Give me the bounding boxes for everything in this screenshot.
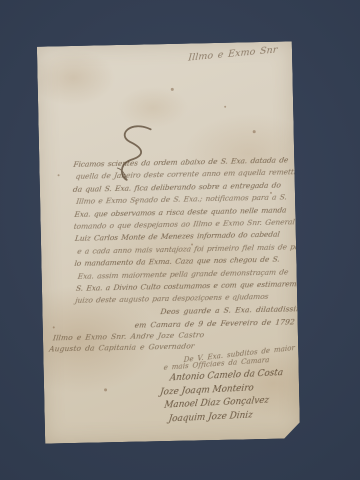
address-line: Illmo e Exmo Snr. Andre Joze Castro	[52, 330, 204, 342]
foxing-spot	[58, 174, 60, 176]
foxing-spot	[224, 106, 226, 108]
manuscript-page: Illmo e Exmo Snr Ficamos scientes da ord…	[37, 41, 300, 443]
address-line: Augusto da Capitania e Governador	[49, 341, 195, 353]
foxing-spot	[53, 326, 55, 328]
foxing-spot	[135, 203, 137, 205]
date-line: em Camara de 9 de Fevereiro de 1792	[134, 317, 295, 329]
photo-background: Illmo e Exmo Snr Ficamos scientes da ord…	[0, 0, 360, 480]
salutation-text: Illmo e Exmo Snr	[188, 44, 278, 63]
foxing-spot	[191, 243, 193, 245]
foxing-spot	[253, 130, 256, 133]
foxing-spot	[104, 388, 107, 391]
signature-block: Antonio Camelo da Costa Joze Joaqm Monte…	[160, 369, 284, 426]
body-text: Ficamos scientes da ordem abaixo de S. E…	[73, 155, 288, 308]
foxing-spot	[270, 192, 272, 194]
foxing-spot	[171, 88, 174, 91]
